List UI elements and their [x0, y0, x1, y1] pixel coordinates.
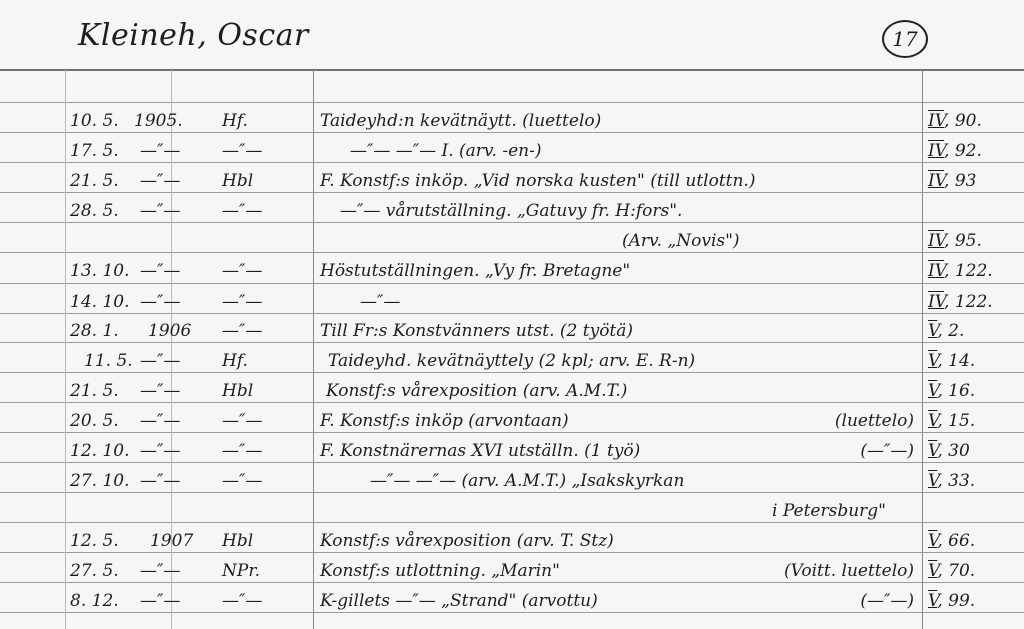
- entry-reference: V, 99.: [928, 586, 1018, 616]
- entry-row: 10. 5. 1905. Hf. Taideyhd:n kevätnäytt. …: [0, 106, 1024, 136]
- entry-row: 21. 5. —″— Hbl F. Konstf:s inköp. „Vid n…: [0, 166, 1024, 196]
- entry-paper: —″—: [222, 436, 302, 466]
- entry-row: 28. 1. 1906 —″— Till Fr:s Konstvänners u…: [0, 316, 1024, 346]
- entry-description: i Petersburg": [772, 496, 1024, 526]
- entry-reference: V, 14.: [928, 346, 1018, 376]
- entry-row: 21. 5. —″— Hbl Konstf:s vårexposition (a…: [0, 376, 1024, 406]
- ref-volume: V: [928, 531, 937, 551]
- ref-page: 70.: [948, 561, 975, 581]
- entry-paper: —″—: [222, 256, 302, 286]
- ref-volume: V: [928, 441, 937, 461]
- entry-year: —″—: [140, 166, 210, 196]
- ref-page: 122.: [955, 292, 993, 312]
- entry-year: —″—: [140, 556, 210, 586]
- ref-page: 95.: [955, 231, 982, 251]
- entry-reference: IV, 92.: [928, 136, 1018, 166]
- entry-year: —″—: [140, 287, 210, 317]
- entry-description: Till Fr:s Konstvänners utst. (2 työtä): [320, 316, 920, 346]
- ref-volume: V: [928, 321, 937, 341]
- entry-row: (Arv. „Novis") IV, 95.: [0, 226, 1024, 256]
- entry-row: 27. 10. —″— —″— —″— —″— (arv. A.M.T.) „I…: [0, 466, 1024, 496]
- entry-row: 11. 5. —″— Hf. Taideyhd. kevätnäyttely (…: [0, 346, 1024, 376]
- ref-page: 14.: [948, 351, 975, 371]
- ref-volume: V: [928, 411, 937, 431]
- entry-paper: Hbl: [222, 166, 302, 196]
- entry-reference: IV, 90.: [928, 106, 1018, 136]
- entry-paper: NPr.: [222, 556, 302, 586]
- ref-page: 92.: [955, 141, 982, 161]
- entry-paper: Hf.: [222, 346, 302, 376]
- entry-year: 1907: [150, 526, 220, 556]
- ref-volume: V: [928, 591, 937, 611]
- entry-note: (luettelo): [835, 406, 914, 436]
- entry-row: i Petersburg": [0, 496, 1024, 526]
- entry-reference: V, 16.: [928, 376, 1018, 406]
- entry-year: —″—: [140, 136, 210, 166]
- entry-year: —″—: [140, 466, 210, 496]
- ref-page: 66.: [948, 531, 975, 551]
- entry-paper: —″—: [222, 287, 302, 317]
- ref-volume: V: [928, 381, 937, 401]
- entry-description: F. Konstf:s inköp (arvontaan): [320, 406, 920, 436]
- entry-description: —″— —″— I. (arv. -en-): [350, 136, 950, 166]
- entry-paper: Hf.: [222, 106, 302, 136]
- entry-description: Höstutställningen. „Vy fr. Bretagne": [320, 256, 920, 286]
- ref-volume: IV: [928, 292, 944, 312]
- entry-reference: IV, 93: [928, 166, 1018, 196]
- entry-description: Taideyhd:n kevätnäytt. (luettelo): [320, 106, 920, 136]
- header-rule: [0, 69, 1024, 71]
- entry-paper: —″—: [222, 316, 302, 346]
- entry-note: (—″—): [860, 436, 914, 466]
- entry-row: 27. 5. —″— NPr. Konstf:s utlottning. „Ma…: [0, 556, 1024, 586]
- entry-description: —″— vårutställning. „Gatuvy fr. H:fors".: [340, 196, 940, 226]
- ref-page: 15.: [948, 411, 975, 431]
- entry-paper: —″—: [222, 196, 302, 226]
- artist-name: Kleineh, Oscar: [78, 18, 309, 53]
- rule-line: [0, 102, 1024, 103]
- ref-volume: IV: [928, 171, 944, 191]
- entry-year: —″—: [140, 346, 210, 376]
- entry-reference: V, 15.: [928, 406, 1018, 436]
- ref-page: 93: [955, 171, 977, 191]
- entry-reference: V, 2.: [928, 316, 1018, 346]
- entry-year: —″—: [140, 406, 210, 436]
- entry-reference: IV, 122.: [928, 287, 1018, 317]
- entry-reference: V, 70.: [928, 556, 1018, 586]
- entry-description: Konstf:s vårexposition (arv. T. Stz): [320, 526, 920, 556]
- entry-description: K-gillets —″— „Strand" (arvottu): [320, 586, 920, 616]
- ref-page: 122.: [955, 261, 993, 281]
- entry-year: 1905.: [134, 106, 204, 136]
- entry-note: (—″—): [860, 586, 914, 616]
- entry-description: Taideyhd. kevätnäyttely (2 kpl; arv. E. …: [328, 346, 928, 376]
- index-card: Kleineh, Oscar 17 10. 5. 1905. Hf. Taide…: [0, 0, 1024, 629]
- entry-reference: IV, 122.: [928, 256, 1018, 286]
- entry-reference: V, 30: [928, 436, 1018, 466]
- entry-description: —″—: [360, 287, 960, 317]
- ref-volume: V: [928, 351, 937, 371]
- entry-paper: —″—: [222, 586, 302, 616]
- entry-description: —″— —″— (arv. A.M.T.) „Isakskyrkan: [370, 466, 970, 496]
- entry-year: —″—: [140, 376, 210, 406]
- entry-note: (Voitt. luettelo): [784, 556, 914, 586]
- entry-row: 12. 5. 1907 Hbl Konstf:s vårexposition (…: [0, 526, 1024, 556]
- entry-year: —″—: [140, 256, 210, 286]
- entry-row: 13. 10. —″— —″— Höstutställningen. „Vy f…: [0, 256, 1024, 286]
- ref-page: 99.: [948, 591, 975, 611]
- entry-row: 28. 5. —″— —″— —″— vårutställning. „Gatu…: [0, 196, 1024, 226]
- entry-year: 1906: [148, 316, 218, 346]
- ref-volume: IV: [928, 231, 944, 251]
- ref-page: 16.: [948, 381, 975, 401]
- entry-paper: —″—: [222, 406, 302, 436]
- entry-row: 20. 5. —″— —″— F. Konstf:s inköp (arvont…: [0, 406, 1024, 436]
- entry-row: 8. 12. —″— —″— K-gillets —″— „Strand" (a…: [0, 586, 1024, 616]
- ref-volume: IV: [928, 141, 944, 161]
- ref-volume: IV: [928, 111, 944, 131]
- entry-description: F. Konstnärernas XVI utställn. (1 työ): [320, 436, 920, 466]
- entry-paper: —″—: [222, 136, 302, 166]
- entry-year: —″—: [140, 586, 210, 616]
- entry-reference: V, 66.: [928, 526, 1018, 556]
- ref-volume: V: [928, 471, 937, 491]
- entry-description: F. Konstf:s inköp. „Vid norska kusten" (…: [320, 166, 920, 196]
- ref-page: 30: [948, 441, 970, 461]
- entry-paper: —″—: [222, 466, 302, 496]
- card-number: 17: [882, 20, 928, 58]
- entry-row: 14. 10. —″— —″— —″— IV, 122.: [0, 287, 1024, 317]
- entry-reference: IV, 95.: [928, 226, 1018, 256]
- entry-year: —″—: [140, 436, 210, 466]
- ref-page: 33.: [948, 471, 975, 491]
- entry-reference: V, 33.: [928, 466, 1018, 496]
- entry-description: Konstf:s vårexposition (arv. A.M.T.): [326, 376, 926, 406]
- ref-volume: V: [928, 561, 937, 581]
- entry-row: 12. 10. —″— —″— F. Konstnärernas XVI uts…: [0, 436, 1024, 466]
- ref-volume: IV: [928, 261, 944, 281]
- entry-year: —″—: [140, 196, 210, 226]
- entry-paper: Hbl: [222, 376, 302, 406]
- entry-paper: Hbl: [222, 526, 302, 556]
- entry-row: 17. 5. —″— —″— —″— —″— I. (arv. -en-) IV…: [0, 136, 1024, 166]
- ref-page: 2.: [948, 321, 964, 341]
- ref-page: 90.: [955, 111, 982, 131]
